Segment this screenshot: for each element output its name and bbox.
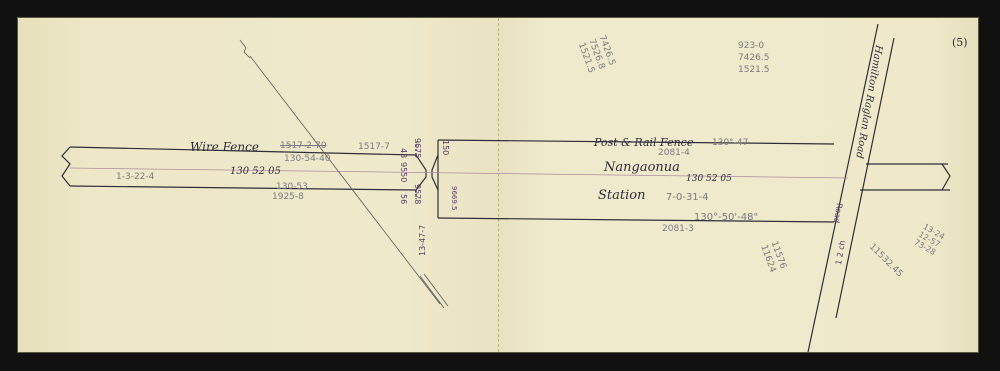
station-label: Station (598, 188, 645, 203)
pencil-notes-top-right: 923-0 7426.5 1521.5 (738, 40, 770, 76)
bearing-fence: 130°-47 (712, 138, 748, 148)
gap-label: 9550 (399, 162, 408, 182)
note-line: 7426.5 (738, 52, 770, 64)
bearing-center-right: 130 52 05 (686, 174, 732, 184)
page-number: (5) (952, 36, 968, 49)
bearing-bottom-right: 130°-50'-48" (694, 212, 758, 223)
distance-bottom-right: 2081-3 (662, 224, 694, 234)
gap-label: 56 (399, 194, 408, 204)
gap-label: 150 (441, 140, 450, 155)
survey-drawing (18, 18, 978, 352)
left-value: 1-3-22-4 (116, 172, 154, 182)
distance-bottom: 1925-8 (272, 192, 304, 202)
gap-label: 9578 (413, 184, 422, 204)
station-value: 7-0-31-4 (666, 192, 709, 203)
value-right-top: 1517-7 (358, 142, 390, 152)
bearing-center-left: 130 52 05 (230, 166, 281, 177)
gap-label: 9669.5 (450, 186, 458, 211)
note-line: 1521.5 (738, 64, 770, 76)
place-label: Nangaonua (604, 160, 680, 175)
bearing-bottom: 130-53 (276, 182, 308, 192)
wire-fence-label: Wire Fence (190, 140, 259, 154)
field-book: Wire Fence 1517-2-70 1517-7 130-54-40 13… (18, 18, 978, 352)
note-line: 923-0 (738, 40, 770, 52)
gap-label: 9675 (413, 138, 422, 158)
bearing-top: 130-54-40 (284, 154, 331, 164)
gap-label: 43 (399, 148, 408, 158)
struck-value: 1517-2-70 (280, 141, 327, 151)
diagonal-note: 13-47-7 (418, 225, 427, 256)
distance-fence: 2081-4 (658, 148, 690, 158)
